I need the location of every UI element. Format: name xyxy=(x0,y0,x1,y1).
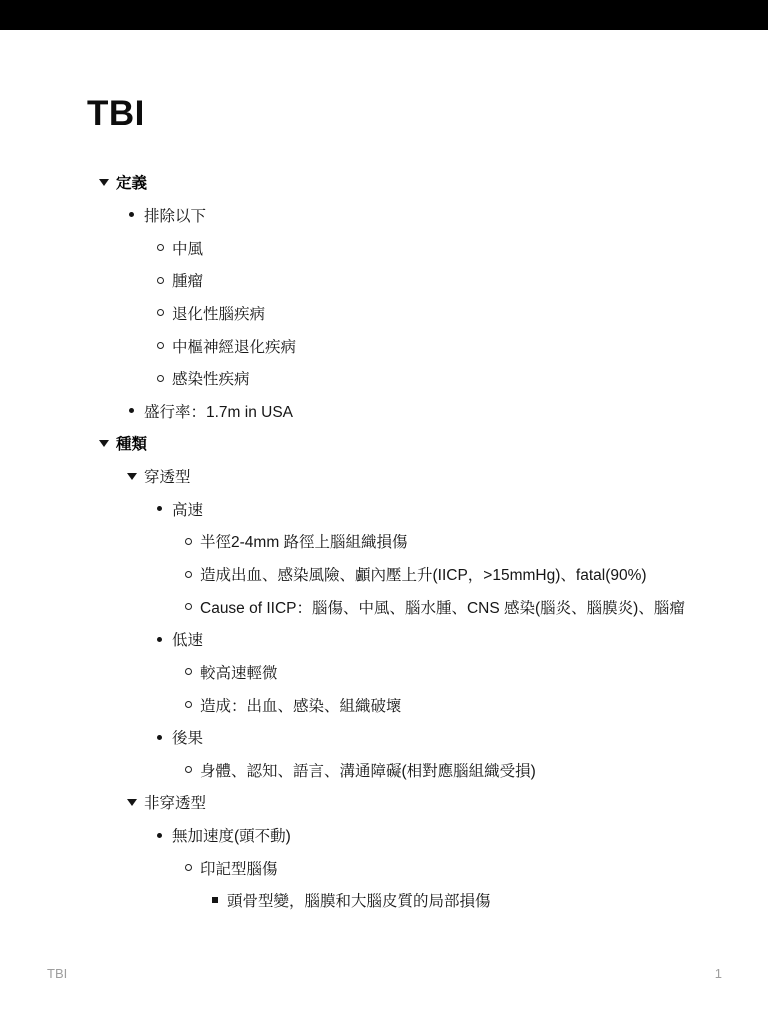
outline-item-label: 非穿透型 xyxy=(144,791,206,813)
outline-item-label: 中風 xyxy=(172,237,203,259)
bullet-dot-icon xyxy=(155,833,172,838)
outline-item-label: 較高速輕微 xyxy=(200,661,278,683)
outline-item: 種類 xyxy=(0,427,768,460)
circle-bullet-icon xyxy=(183,864,200,871)
circle-bullet-icon xyxy=(155,375,172,382)
outline-item: 中風 xyxy=(0,231,768,264)
collapse-triangle-icon xyxy=(99,440,116,447)
footer-page-number: 1 xyxy=(715,966,722,981)
circle-bullet-icon xyxy=(183,538,200,545)
outline-item: 高速 xyxy=(0,492,768,525)
viewer-top-bar xyxy=(0,0,768,30)
bullet-dot-icon xyxy=(155,637,172,642)
circle-bullet-icon xyxy=(155,277,172,284)
circle-bullet-icon xyxy=(183,701,200,708)
outline-item-label: 盛行率：1.7m in USA xyxy=(144,400,293,422)
outline-item-label: 半徑2-4mm 路徑上腦組織損傷 xyxy=(200,530,408,552)
outline-item: Cause of IICP：腦傷、中風、腦水腫、CNS 感染(腦炎、腦膜炎)、腦… xyxy=(0,590,768,623)
outline-item-label: 低速 xyxy=(172,628,203,650)
outline-item: 較高速輕微 xyxy=(0,656,768,689)
outline-item: 非穿透型 xyxy=(0,786,768,819)
outline-item-label: 中樞神經退化疾病 xyxy=(172,335,296,357)
circle-bullet-icon xyxy=(183,766,200,773)
circle-bullet-icon xyxy=(183,603,200,610)
outline-item-label: 腫瘤 xyxy=(172,269,203,291)
outline-item-label: 排除以下 xyxy=(144,204,206,226)
outline-item: 盛行率：1.7m in USA xyxy=(0,394,768,427)
outline-item: 印記型腦傷 xyxy=(0,851,768,884)
outline-item-label: 造成出血、感染風險、顱內壓上升(IICP，>15mmHg)、fatal(90%) xyxy=(200,563,647,585)
outline-item: 退化性腦疾病 xyxy=(0,297,768,330)
outline-item: 身體、認知、語言、溝通障礙(相對應腦組織受損) xyxy=(0,754,768,787)
collapse-triangle-icon xyxy=(127,473,144,480)
page-title: TBI xyxy=(87,96,145,131)
outline-item: 中樞神經退化疾病 xyxy=(0,329,768,362)
bullet-dot-icon xyxy=(127,212,144,217)
bullet-dot-icon xyxy=(155,735,172,740)
outline-item-label: 後果 xyxy=(172,726,203,748)
outline-item-label: 高速 xyxy=(172,498,203,520)
square-bullet-icon xyxy=(210,897,227,903)
outline-item-label: 造成：出血、感染、組織破壞 xyxy=(200,694,402,716)
outline-item-label: 種類 xyxy=(116,432,147,454)
outline-item-label: 退化性腦疾病 xyxy=(172,302,265,324)
circle-bullet-icon xyxy=(155,244,172,251)
outline-item: 半徑2-4mm 路徑上腦組織損傷 xyxy=(0,525,768,558)
outline-item-label: 印記型腦傷 xyxy=(200,857,278,879)
outline-item: 無加速度(頭不動) xyxy=(0,819,768,852)
collapse-triangle-icon xyxy=(99,179,116,186)
collapse-triangle-icon xyxy=(127,799,144,806)
circle-bullet-icon xyxy=(155,342,172,349)
document-page: TBI 定義 排除以下 中風 腫瘤 退化性腦疾病 中樞神經退化疾病 感染性疾病 … xyxy=(0,0,768,1024)
circle-bullet-icon xyxy=(155,309,172,316)
outline-item-label: Cause of IICP：腦傷、中風、腦水腫、CNS 感染(腦炎、腦膜炎)、腦… xyxy=(200,596,685,618)
outline-item-label: 定義 xyxy=(116,171,147,193)
circle-bullet-icon xyxy=(183,571,200,578)
outline-item: 排除以下 xyxy=(0,199,768,232)
outline-item: 腫瘤 xyxy=(0,264,768,297)
outline-item: 定義 xyxy=(0,166,768,199)
outline-item: 造成出血、感染風險、顱內壓上升(IICP，>15mmHg)、fatal(90%) xyxy=(0,558,768,591)
outline-item: 後果 xyxy=(0,721,768,754)
footer-doc-name: TBI xyxy=(47,966,67,981)
outline-item-label: 身體、認知、語言、溝通障礙(相對應腦組織受損) xyxy=(200,759,536,781)
outline-item-label: 穿透型 xyxy=(144,465,191,487)
outline-item-label: 頭骨型變，腦膜和大腦皮質的局部損傷 xyxy=(227,889,491,911)
bullet-dot-icon xyxy=(155,506,172,511)
outline-item-label: 無加速度(頭不動) xyxy=(172,824,291,846)
outline-item-label: 感染性疾病 xyxy=(172,367,250,389)
circle-bullet-icon xyxy=(183,668,200,675)
outline-item: 頭骨型變，腦膜和大腦皮質的局部損傷 xyxy=(0,884,768,917)
bullet-dot-icon xyxy=(127,408,144,413)
outline-item: 穿透型 xyxy=(0,460,768,493)
outline-item: 低速 xyxy=(0,623,768,656)
outline-item: 感染性疾病 xyxy=(0,362,768,395)
outline: 定義 排除以下 中風 腫瘤 退化性腦疾病 中樞神經退化疾病 感染性疾病 盛行率：… xyxy=(0,166,768,917)
outline-item: 造成：出血、感染、組織破壞 xyxy=(0,688,768,721)
